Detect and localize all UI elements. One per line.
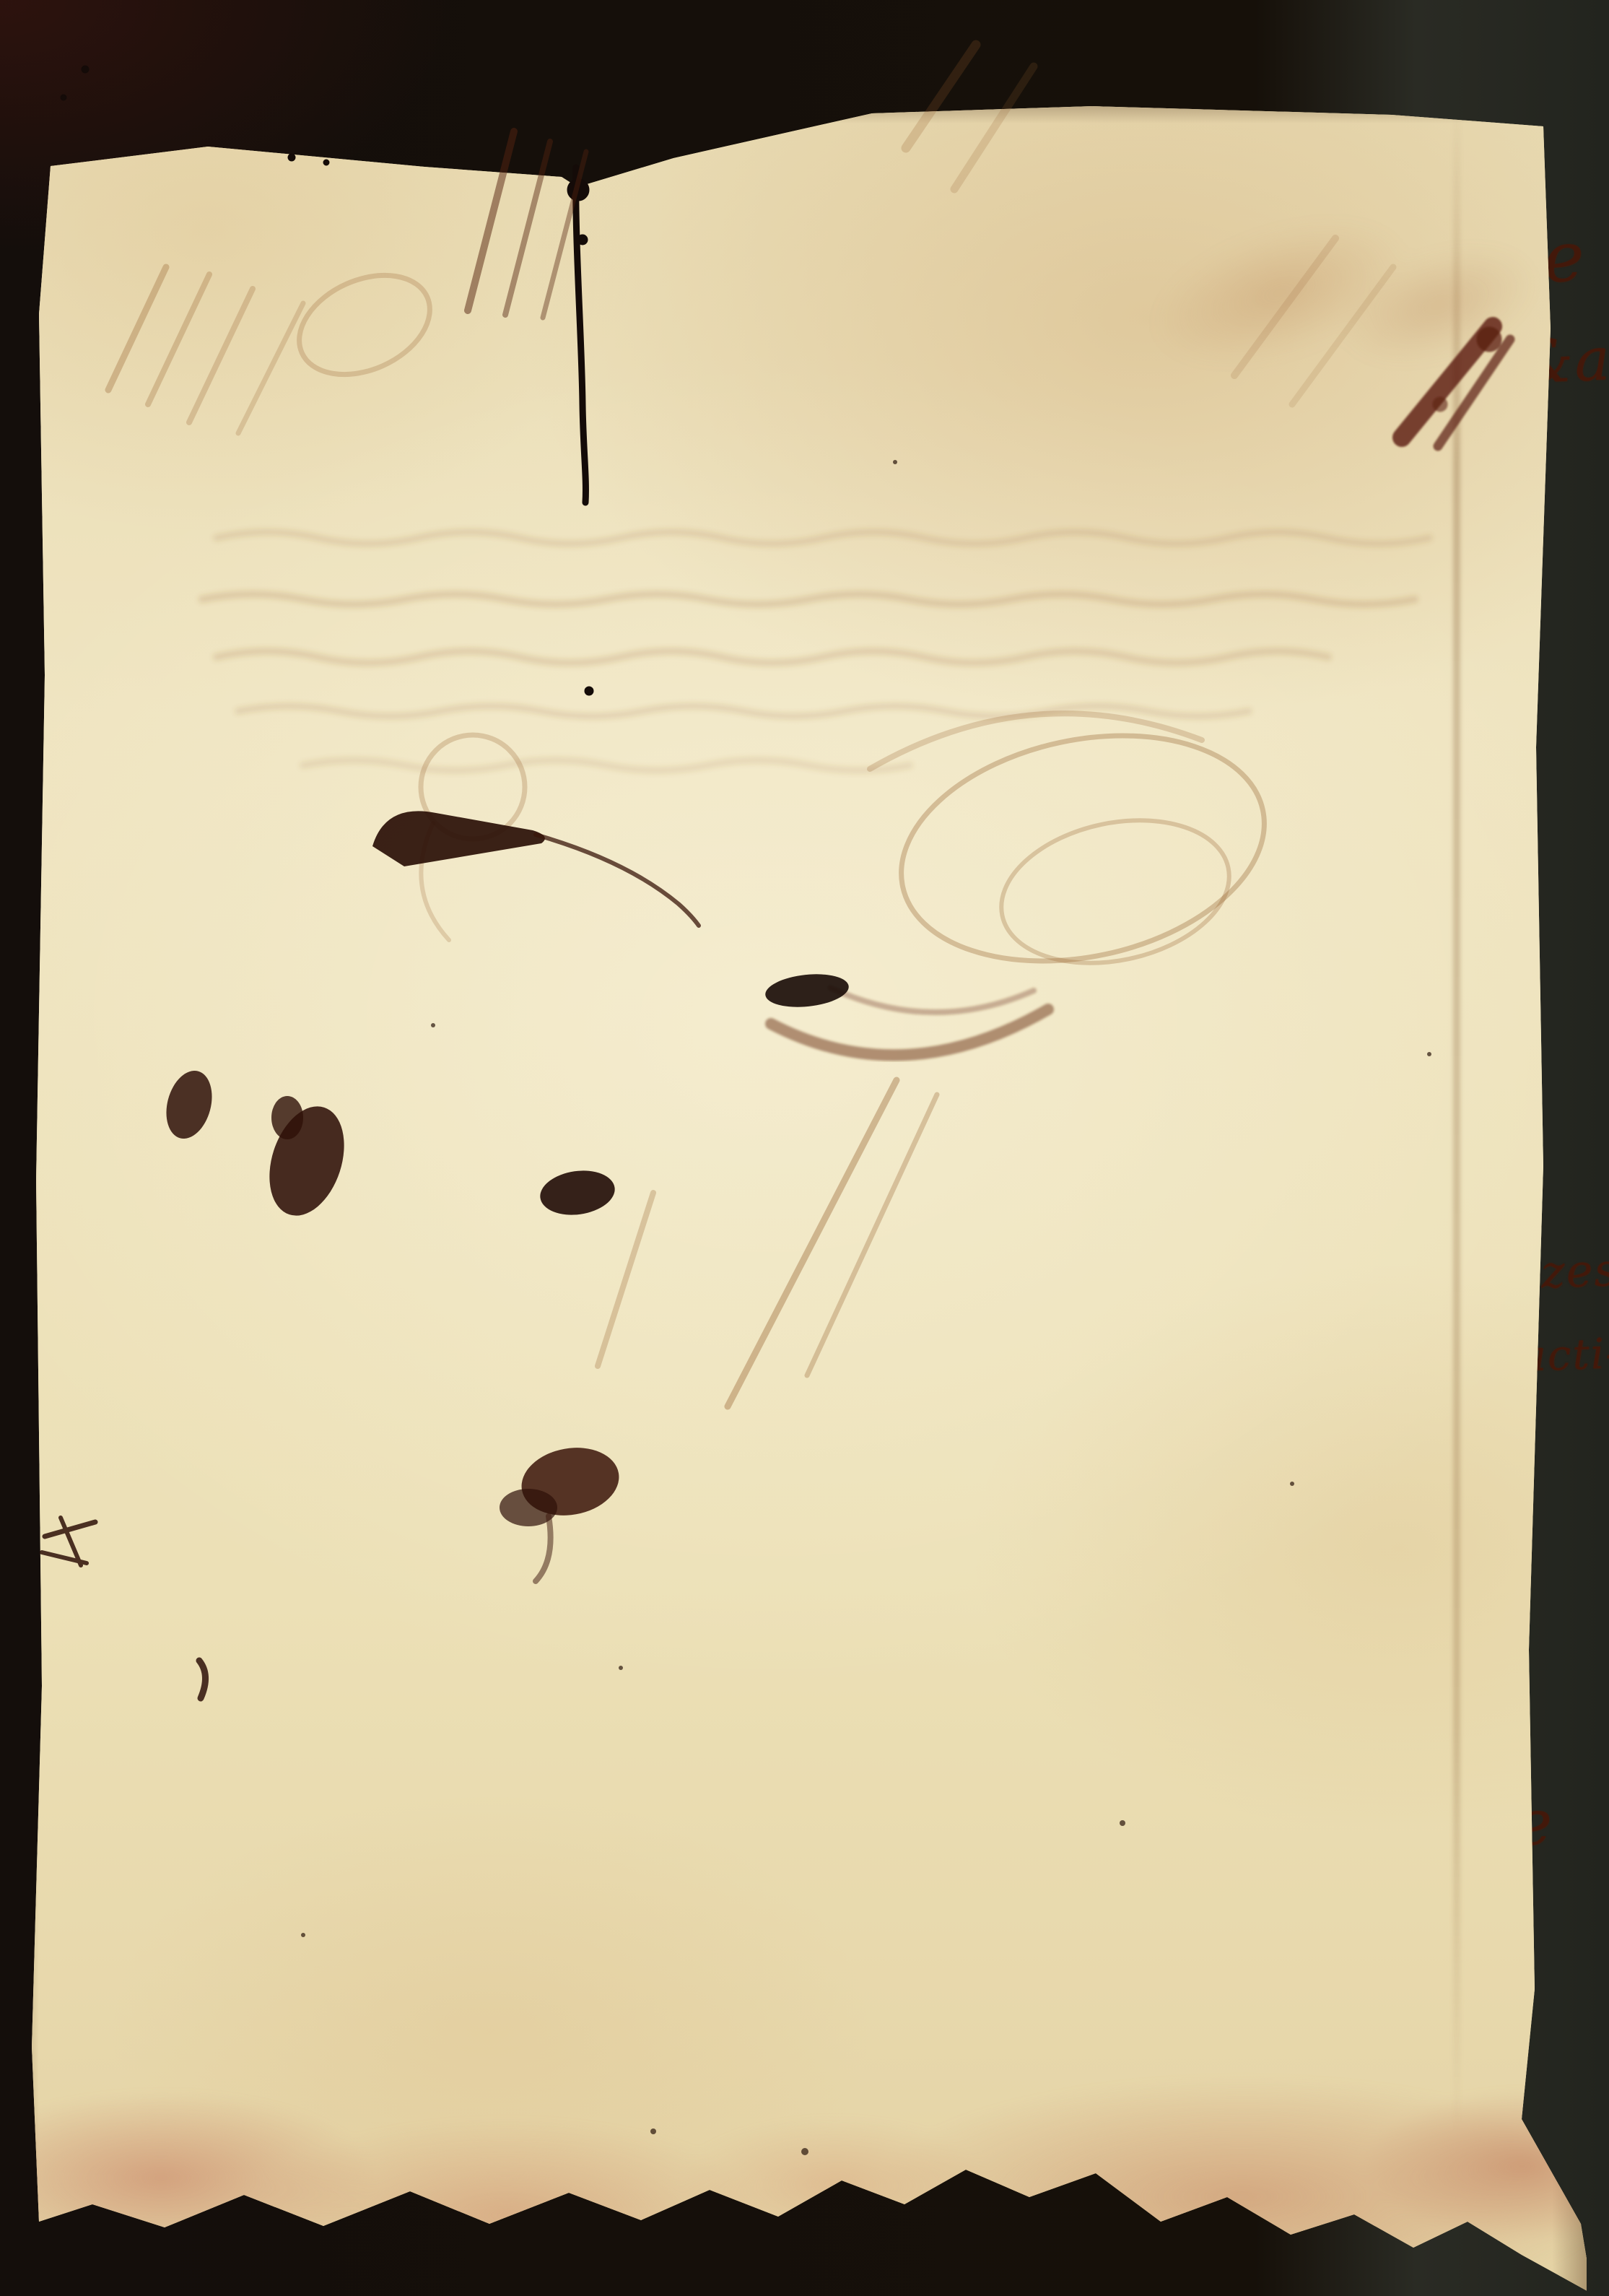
paper-top-shadow: [20, 97, 1587, 123]
paper-left-shadow: [20, 97, 39, 2296]
photograph-background: Joze de Brito Freire Quartel M.e da Le g…: [0, 0, 1609, 2296]
paper-right-shadow: [1552, 97, 1587, 2296]
manuscript-page: [20, 97, 1587, 2296]
top-right-smudge: [1032, 94, 1593, 534]
bottom-water-stains: [20, 1986, 1587, 2296]
